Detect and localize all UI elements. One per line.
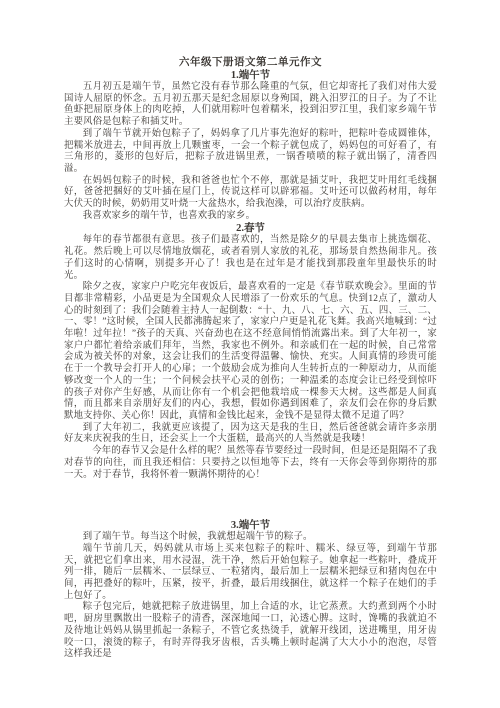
section-heading-1: 1.端午节 [64,69,437,82]
paragraph: 除夕之夜，家家户户吃完年夜饭后，最喜欢看的一定是《春节联欢晚会》。里面的节目都非… [64,282,437,422]
section-spring-festival: 2.春节 每年的春节都很有意思。孩子们最喜欢的，当然是除夕的早晨去集市上挑选烟花… [64,222,437,481]
paragraph: 五月初五是端午节，虽然它没有春节那么隆重的气氛，但它却寄托了我们对伟大爱国诗人屈… [64,82,437,129]
document-title: 六年级下册语文第二单元作文 [64,56,437,69]
paragraph: 我喜欢家乡的端午节，也喜欢我的家乡。 [64,211,437,223]
document-page: 六年级下册语文第二单元作文 1.端午节 五月初五是端午节，虽然它没有春节那么隆重… [0,0,500,708]
section-dragon-boat-festival-2: 3.端午节 到了端午节。每当这个时候，我就想起端午节的粽子。 端午节前几天，妈妈… [64,519,437,661]
paragraph: 今年的春节又会是什么样的呢？虽然等春节要经过一段时间，但是还是阻隔不了我对春节的… [64,446,437,481]
section-heading-2: 2.春节 [64,222,437,235]
paragraph: 端午节前几天，妈妈就从市场上买来包粽子的粽叶、糯米、绿豆等，到端午节那天，就把它… [64,544,437,603]
paragraph: 到了大年初二，我就更应该提了，因为这天是我的生日，然后爸爸就会请许多亲朋好友来庆… [64,423,437,446]
paragraph: 每年的春节都很有意思。孩子们最喜欢的，当然是除夕的早晨去集市上挑选烟花、礼花。然… [64,235,437,282]
paragraph: 到了端午节就开始包粽子了，妈妈拿了几片事先泡好的粽叶，把粽叶卷成圆锥体，把糯米放… [64,129,437,176]
section-dragon-boat-festival-1: 1.端午节 五月初五是端午节，虽然它没有春节那么隆重的气氛，但它却寄托了我们对伟… [64,69,437,222]
paragraph: 粽子包完后，她就把粽子放进锅里，加上合适的水，让它蒸煮。大约煮到两个小时吧，厨房… [64,602,437,661]
paragraph: 到了端午节。每当这个时候，我就想起端午节的粽子。 [64,532,437,544]
section-heading-3: 3.端午节 [64,519,437,532]
paragraph: 在妈妈包粽子的时候，我和爸爸也忙个不停，那就是插艾叶，我把艾叶用红毛线捆好，爸爸… [64,176,437,211]
